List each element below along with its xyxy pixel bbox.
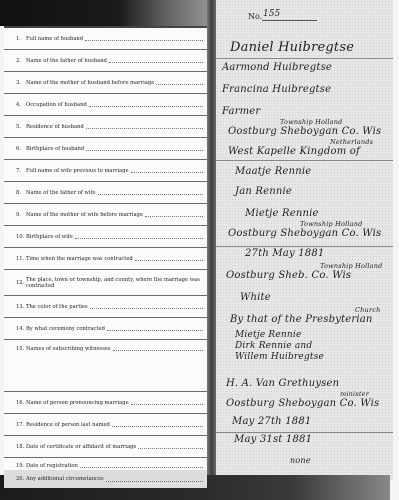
record-number-line (262, 20, 317, 21)
field-label: Names of subscribing witnesses (26, 346, 111, 352)
handwritten-annotation-5: Township Holland (280, 118, 342, 126)
field-number: 19. (16, 463, 26, 469)
form-row-8: 8.Name of the father of wife (4, 182, 207, 204)
handwritten-annotation-6: Netherlands (330, 138, 373, 146)
field-number: 16. (16, 400, 26, 406)
field-number: 20. (16, 476, 26, 482)
form-row-10: 10.Birthplace of wife (4, 226, 207, 248)
handwritten-value-5: Oostburg Sheboygan Co. Wis (228, 126, 381, 137)
field-label: Any additional circumstances (26, 476, 104, 482)
form-row-14: 14.By what ceremony contracted (4, 318, 207, 340)
field-number: 10. (16, 234, 26, 240)
field-label: The place, town or township, and county,… (26, 277, 201, 289)
field-label: Name of person pronouncing marriage (26, 400, 129, 406)
handwritten-value-2: Aarmond Huibregtse (222, 62, 332, 73)
form-row-3: 3.Name of the mother of husband before m… (4, 72, 207, 94)
field-label: Date of certificate or affidavit of marr… (26, 444, 136, 450)
field-label: Name of the father of wife (26, 190, 96, 196)
handwritten-value-12: Oostburg Sheb. Co. Wis (226, 270, 351, 281)
form-row-9: 9.Name of the mother of wife before marr… (4, 204, 207, 226)
field-label: Full name of wife previous to marriage (26, 168, 129, 174)
handwritten-value-17: Oostburg Sheboygan Co. Wis (226, 398, 379, 409)
handwritten-value-18: May 27th 1881 (232, 416, 311, 427)
field-label: By what ceremony contracted (26, 326, 105, 332)
field-label: Date of registration (26, 463, 78, 469)
handwritten-value-10: Oostburg Sheboygan Co. Wis (228, 228, 381, 239)
handwritten-annotation-16: minister (340, 390, 369, 398)
field-number: 17. (16, 422, 26, 428)
handwritten-value-1: Daniel Huibregtse (230, 40, 354, 55)
handwritten-value-8: Jan Rennie (235, 186, 292, 197)
form-row-4: 4.Occupation of husband (4, 94, 207, 116)
handwritten-value-20: none (290, 456, 311, 465)
field-label: Name of the mother of husband before mar… (26, 80, 154, 86)
field-label: Birthplace of husband (26, 146, 84, 152)
handwritten-value-4: Farmer (222, 106, 260, 117)
handwritten-value-7: Maatje Rennie (235, 166, 311, 177)
handwritten-value-15: Mietje Rennie Dirk Rennie and Willem Hui… (235, 330, 385, 363)
field-label: The color of the parties (26, 304, 88, 310)
field-number: 2. (16, 58, 26, 64)
field-number: 5. (16, 124, 26, 130)
field-number: 11. (16, 256, 26, 262)
handwritten-value-13: White (240, 292, 271, 303)
record-number-value: 155 (263, 9, 280, 19)
record-number-label: No. (248, 12, 262, 21)
field-number: 1. (16, 36, 26, 42)
page-gutter (207, 0, 216, 485)
form-row-18: 18.Date of certificate or affidavit of m… (4, 436, 207, 458)
field-number: 4. (16, 102, 26, 108)
field-label: Occupation of husband (26, 102, 87, 108)
field-number: 15. (16, 346, 26, 352)
field-label: Full name of husband (26, 36, 83, 42)
field-label: Residence of husband (26, 124, 84, 130)
handwritten-value-9: Mietje Rennie (245, 208, 319, 219)
scan-shadow-top (0, 0, 215, 26)
field-number: 6. (16, 146, 26, 152)
handwritten-annotation-10: Township Holland (300, 220, 362, 228)
field-label: Name of the father of husband (26, 58, 107, 64)
form-row-16: 16.Name of person pronouncing marriage (4, 392, 207, 414)
form-row-13: 13.The color of the parties (4, 296, 207, 318)
form-row-1: 1.Full name of husband (4, 28, 207, 50)
handwritten-value-14: By that of the Presbyterian (230, 314, 373, 325)
field-number: 8. (16, 190, 26, 196)
field-label: Time when the marriage was contracted (26, 256, 133, 262)
form-row-12: 12.The place, town or township, and coun… (4, 270, 207, 296)
field-number: 9. (16, 212, 26, 218)
handwritten-value-11: 27th May 1881 (245, 248, 324, 259)
form-row-15: 15.Names of subscribing witnesses (4, 340, 207, 392)
handwritten-value-3: Francina Huibregtse (222, 84, 331, 95)
form-row-5: 5.Residence of husband (4, 116, 207, 138)
scanned-page: No. 155 1.Full name of husband 2.Name of… (0, 0, 399, 500)
field-number: 18. (16, 444, 26, 450)
field-number: 14. (16, 326, 26, 332)
handwritten-value-16: H. A. Van Grethuysen (226, 378, 339, 389)
form-row-2: 2.Name of the father of husband (4, 50, 207, 72)
form-row-7: 7.Full name of wife previous to marriage (4, 160, 207, 182)
form-row-20: 20.Any additional circumstances (4, 470, 207, 488)
handwritten-value-19: May 31st 1881 (234, 434, 312, 445)
field-number: 12. (16, 280, 26, 286)
handwritten-annotation-14: Church (355, 306, 380, 314)
form-row-11: 11.Time when the marriage was contracted (4, 248, 207, 270)
field-number: 3. (16, 80, 26, 86)
field-label: Residence of person last named (26, 422, 110, 428)
field-label: Name of the mother of wife before marria… (26, 212, 143, 218)
printed-form: 1.Full name of husband 2.Name of the fat… (4, 26, 207, 477)
field-label: Birthplace of wife (26, 234, 73, 240)
form-row-6: 6.Birthplace of husband (4, 138, 207, 160)
handwritten-annotation-12: Township Holland (320, 262, 382, 270)
handwritten-value-6: West Kapelle Kingdom of (228, 146, 360, 157)
form-row-17: 17.Residence of person last named (4, 414, 207, 436)
field-number: 7. (16, 168, 26, 174)
field-number: 13. (16, 304, 26, 310)
